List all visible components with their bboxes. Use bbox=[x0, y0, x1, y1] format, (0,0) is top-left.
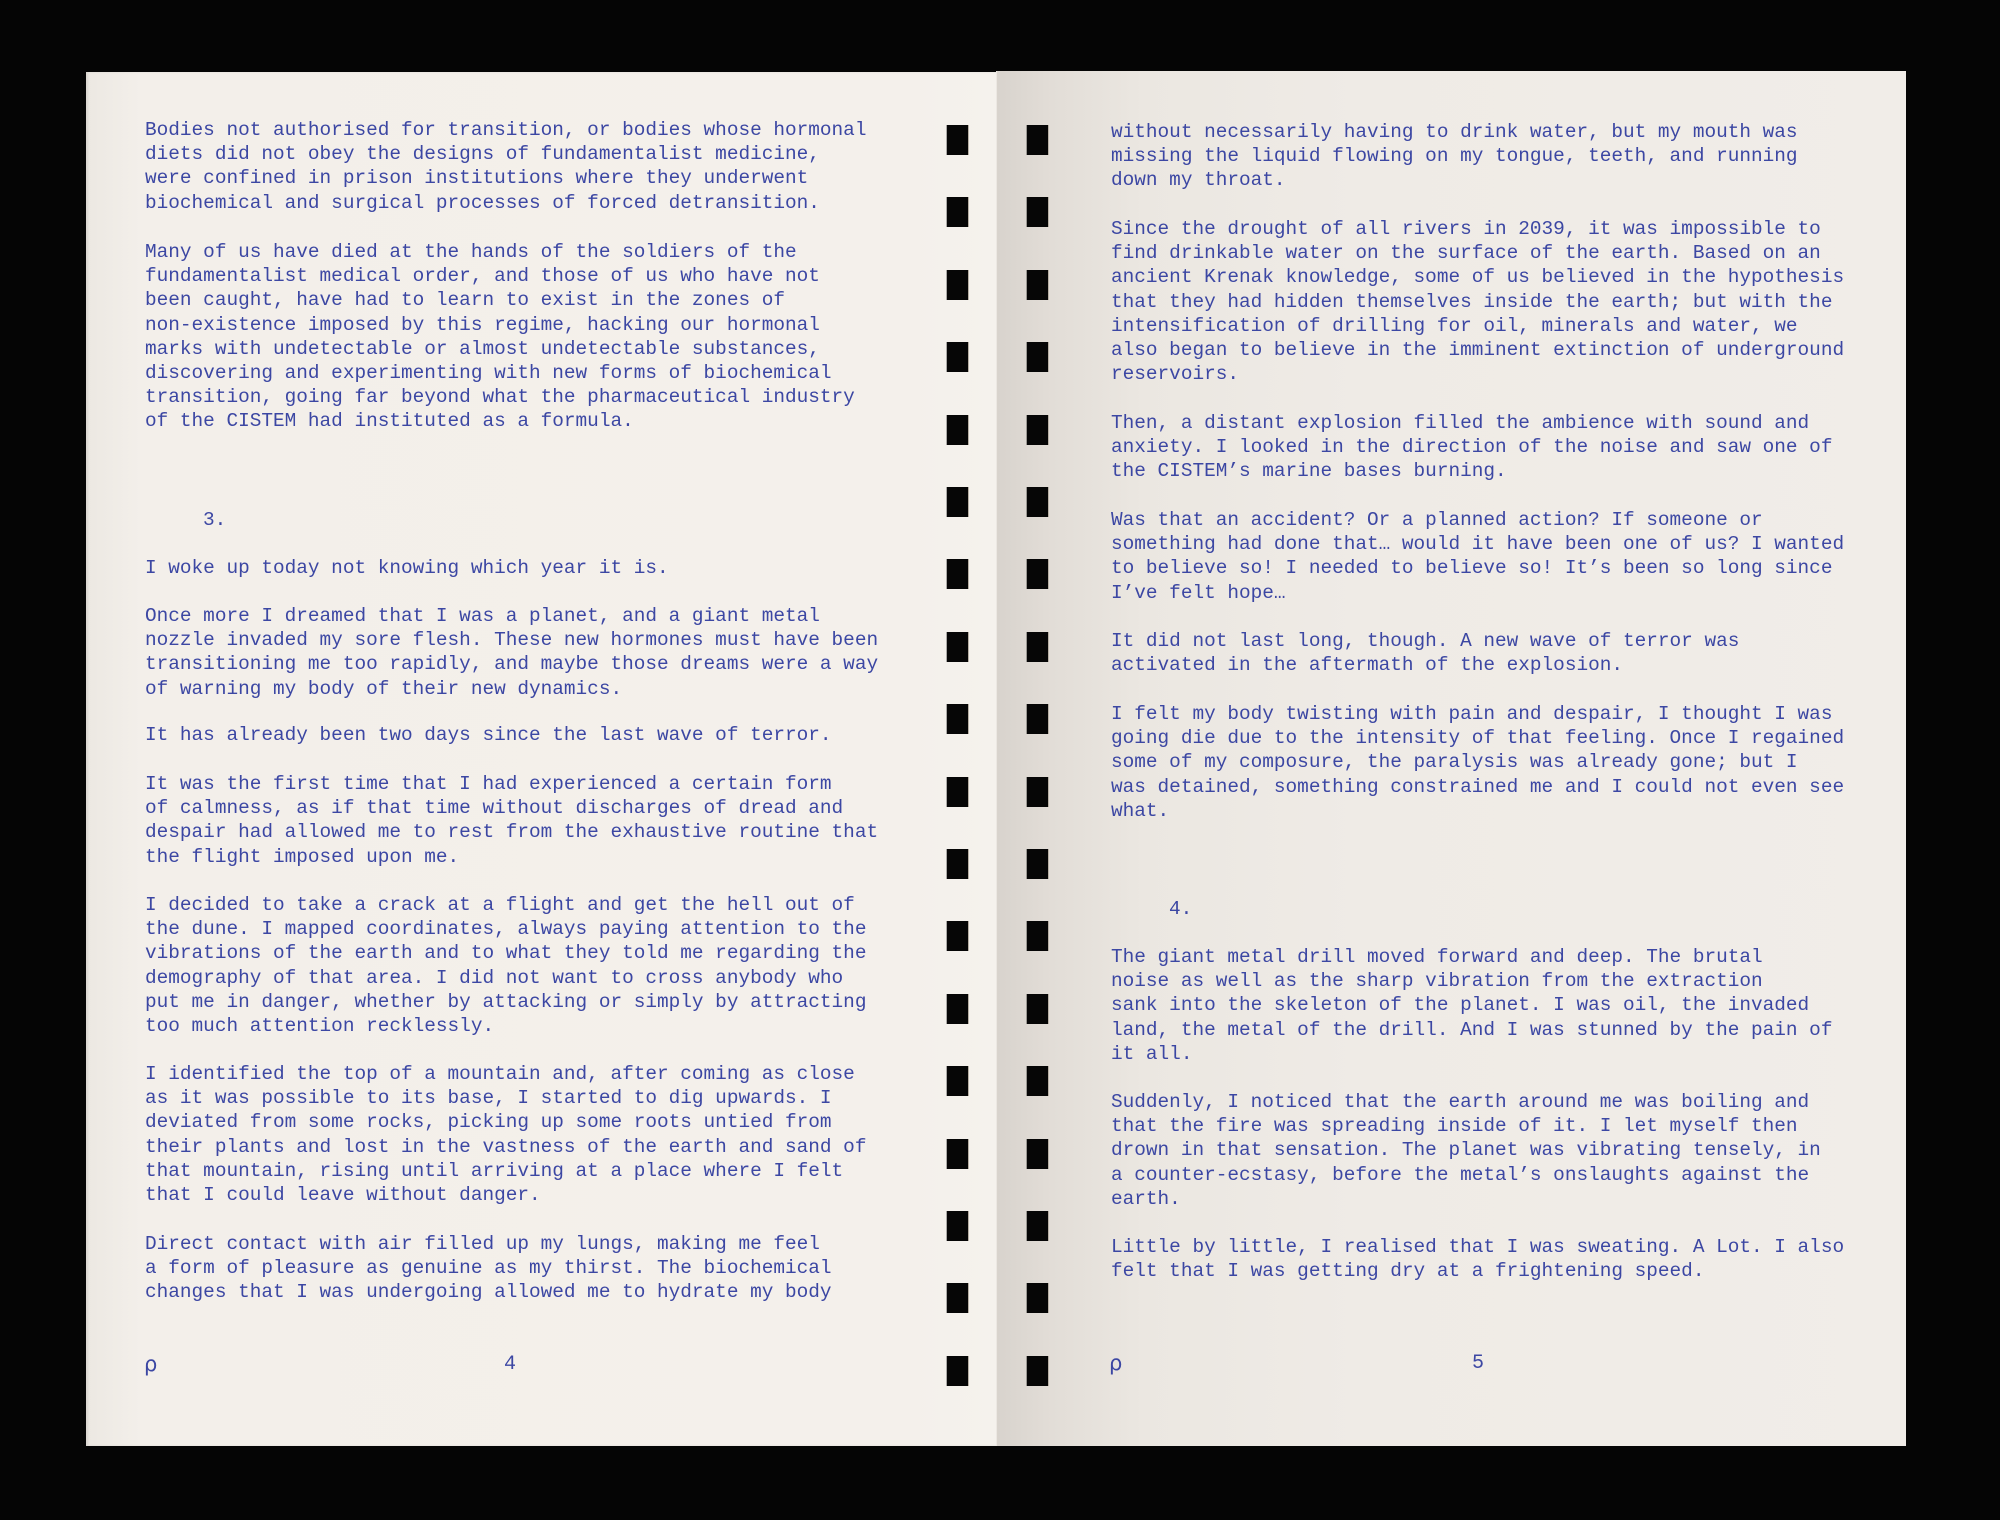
binding-hole bbox=[947, 342, 968, 372]
text-line: discovering and experimenting with new f… bbox=[145, 361, 855, 385]
paragraph: Once more I dreamed that I was a planet,… bbox=[145, 604, 878, 701]
text-line: I woke up today not knowing which year i… bbox=[145, 556, 669, 580]
section-number: 4. bbox=[1169, 897, 1192, 921]
text-line: the flight imposed upon me. bbox=[145, 845, 878, 869]
binding-hole bbox=[1027, 487, 1048, 517]
text-line: reservoirs. bbox=[1111, 362, 1844, 386]
text-line: down my throat. bbox=[1111, 168, 1798, 192]
binding-hole bbox=[947, 1356, 968, 1386]
paragraph: Bodies not authorised for transition, or… bbox=[145, 118, 866, 215]
text-line: land, the metal of the drill. And I was … bbox=[1111, 1018, 1832, 1042]
page-number: 4 bbox=[504, 1353, 516, 1377]
binding-hole bbox=[1027, 921, 1048, 951]
text-line: The giant metal drill moved forward and … bbox=[1111, 945, 1832, 969]
text-line: their plants and lost in the vastness of… bbox=[145, 1135, 866, 1159]
text-line: I felt my body twisting with pain and de… bbox=[1111, 702, 1844, 726]
binding-hole bbox=[947, 632, 968, 662]
text-line: was detained, something constrained me a… bbox=[1111, 775, 1844, 799]
text-line: diets did not obey the designs of fundam… bbox=[145, 142, 866, 166]
text-line: a form of pleasure as genuine as my thir… bbox=[145, 1256, 832, 1280]
text-line: Then, a distant explosion filled the amb… bbox=[1111, 411, 1832, 435]
binding-hole bbox=[1027, 1139, 1048, 1169]
text-line: fundamentalist medical order, and those … bbox=[145, 264, 855, 288]
paragraph: It did not last long, though. A new wave… bbox=[1111, 629, 1739, 677]
text-line: Direct contact with air filled up my lun… bbox=[145, 1232, 832, 1256]
booklet-spread: Bodies not authorised for transition, or… bbox=[0, 0, 2000, 1520]
text-line: It has already been two days since the l… bbox=[145, 723, 832, 747]
text-line: of the CISTEM had instituted as a formul… bbox=[145, 409, 855, 433]
text-line: as it was possible to its base, I starte… bbox=[145, 1086, 866, 1110]
text-line: sank into the skeleton of the planet. I … bbox=[1111, 993, 1832, 1017]
text-line: It was the first time that I had experie… bbox=[145, 772, 878, 796]
section-number: 3. bbox=[203, 508, 226, 532]
text-line: non-existence imposed by this regime, ha… bbox=[145, 313, 855, 337]
text-line: Bodies not authorised for transition, or… bbox=[145, 118, 866, 142]
text-line: anxiety. I looked in the direction of th… bbox=[1111, 435, 1832, 459]
text-line: been caught, have had to learn to exist … bbox=[145, 288, 855, 312]
footer-logo-mark: ρ bbox=[1109, 1351, 1122, 1375]
text-line: without necessarily having to drink wate… bbox=[1111, 120, 1798, 144]
binding-hole bbox=[1027, 994, 1048, 1024]
binding-hole bbox=[1027, 342, 1048, 372]
left-page: Bodies not authorised for transition, or… bbox=[86, 72, 997, 1446]
text-line: the CISTEM’s marine bases burning. bbox=[1111, 459, 1832, 483]
binding-hole bbox=[1027, 1211, 1048, 1241]
text-line: that the fire was spreading inside of it… bbox=[1111, 1114, 1821, 1138]
text-line: that I could leave without danger. bbox=[145, 1183, 866, 1207]
text-line: demography of that area. I did not want … bbox=[145, 966, 866, 990]
paragraph: Little by little, I realised that I was … bbox=[1111, 1235, 1844, 1283]
paragraph: The giant metal drill moved forward and … bbox=[1111, 945, 1832, 1066]
binding-hole bbox=[947, 994, 968, 1024]
binding-hole bbox=[947, 559, 968, 589]
text-line: nozzle invaded my sore flesh. These new … bbox=[145, 628, 878, 652]
text-line: it all. bbox=[1111, 1042, 1832, 1066]
paragraph: Since the drought of all rivers in 2039,… bbox=[1111, 217, 1844, 386]
paragraph: Was that an accident? Or a planned actio… bbox=[1111, 508, 1844, 605]
text-line: some of my composure, the paralysis was … bbox=[1111, 750, 1844, 774]
text-line: marks with undetectable or almost undete… bbox=[145, 337, 855, 361]
text-line: I identified the top of a mountain and, … bbox=[145, 1062, 866, 1086]
text-line: going die due to the intensity of that f… bbox=[1111, 726, 1844, 750]
text-line: despair had allowed me to rest from the … bbox=[145, 820, 878, 844]
binding-hole bbox=[1027, 704, 1048, 734]
text-line: deviated from some rocks, picking up som… bbox=[145, 1110, 866, 1134]
binding-hole bbox=[1027, 197, 1048, 227]
binding-hole bbox=[1027, 270, 1048, 300]
text-line: biochemical and surgical processes of fo… bbox=[145, 191, 866, 215]
text-line: of calmness, as if that time without dis… bbox=[145, 796, 878, 820]
text-line: intensification of drilling for oil, min… bbox=[1111, 314, 1844, 338]
binding-hole bbox=[947, 1066, 968, 1096]
paragraph: I decided to take a crack at a flight an… bbox=[145, 893, 866, 1038]
text-line: something had done that… would it have b… bbox=[1111, 532, 1844, 556]
binding-hole bbox=[947, 487, 968, 517]
paragraph: Suddenly, I noticed that the earth aroun… bbox=[1111, 1090, 1821, 1211]
binding-hole bbox=[947, 270, 968, 300]
text-line: Was that an accident? Or a planned actio… bbox=[1111, 508, 1844, 532]
text-line: transition, going far beyond what the ph… bbox=[145, 385, 855, 409]
text-line: the dune. I mapped coordinates, always p… bbox=[145, 917, 866, 941]
text-line: ancient Krenak knowledge, some of us bel… bbox=[1111, 265, 1844, 289]
paragraph: It was the first time that I had experie… bbox=[145, 772, 878, 869]
binding-hole bbox=[1027, 415, 1048, 445]
paragraph: I felt my body twisting with pain and de… bbox=[1111, 702, 1844, 823]
binding-hole bbox=[947, 849, 968, 879]
binding-hole bbox=[947, 1139, 968, 1169]
text-line: I’ve felt hope… bbox=[1111, 581, 1844, 605]
binding-hole bbox=[947, 125, 968, 155]
page-gutter bbox=[996, 71, 998, 1446]
text-line: what. bbox=[1111, 799, 1844, 823]
text-line: Little by little, I realised that I was … bbox=[1111, 1235, 1844, 1259]
binding-hole bbox=[1027, 849, 1048, 879]
binding-hole bbox=[1027, 777, 1048, 807]
text-line: Many of us have died at the hands of the… bbox=[145, 240, 855, 264]
text-line: vibrations of the earth and to what they… bbox=[145, 941, 866, 965]
page-number: 5 bbox=[1472, 1352, 1484, 1376]
text-line: felt that I was getting dry at a frighte… bbox=[1111, 1259, 1844, 1283]
text-line: that they had hidden themselves inside t… bbox=[1111, 290, 1844, 314]
text-line: were confined in prison institutions whe… bbox=[145, 166, 866, 190]
binding-hole bbox=[947, 197, 968, 227]
binding-hole bbox=[947, 415, 968, 445]
binding-hole bbox=[1027, 559, 1048, 589]
text-line: Suddenly, I noticed that the earth aroun… bbox=[1111, 1090, 1821, 1114]
text-line: of warning my body of their new dynamics… bbox=[145, 677, 878, 701]
text-line: find drinkable water on the surface of t… bbox=[1111, 241, 1844, 265]
right-page-body: without necessarily having to drink wate… bbox=[1111, 71, 1891, 361]
text-line: put me in danger, whether by attacking o… bbox=[145, 990, 866, 1014]
binding-hole bbox=[1027, 1283, 1048, 1313]
text-line: to believe so! I needed to believe so! I… bbox=[1111, 556, 1844, 580]
text-line: drown in that sensation. The planet was … bbox=[1111, 1138, 1821, 1162]
text-line: activated in the aftermath of the explos… bbox=[1111, 653, 1739, 677]
binding-hole bbox=[947, 1211, 968, 1241]
binding-hole bbox=[947, 1283, 968, 1313]
binding-hole bbox=[1027, 1356, 1048, 1386]
text-line: I decided to take a crack at a flight an… bbox=[145, 893, 866, 917]
text-line: a counter-ecstasy, before the metal’s on… bbox=[1111, 1163, 1821, 1187]
binding-hole bbox=[1027, 125, 1048, 155]
binding-hole bbox=[1027, 632, 1048, 662]
text-line: Since the drought of all rivers in 2039,… bbox=[1111, 217, 1844, 241]
text-line: missing the liquid flowing on my tongue,… bbox=[1111, 144, 1798, 168]
paragraph: Then, a distant explosion filled the amb… bbox=[1111, 411, 1832, 484]
text-line: transitioning me too rapidly, and maybe … bbox=[145, 652, 878, 676]
text-line: too much attention recklessly. bbox=[145, 1014, 866, 1038]
binding-hole bbox=[1027, 1066, 1048, 1096]
paragraph: I woke up today not knowing which year i… bbox=[145, 556, 669, 580]
footer-logo-mark: ρ bbox=[144, 1352, 157, 1376]
left-page-body: Bodies not authorised for transition, or… bbox=[145, 72, 985, 362]
text-line: earth. bbox=[1111, 1187, 1821, 1211]
binding-hole bbox=[947, 921, 968, 951]
paragraph: I identified the top of a mountain and, … bbox=[145, 1062, 866, 1207]
paragraph: It has already been two days since the l… bbox=[145, 723, 832, 747]
text-line: It did not last long, though. A new wave… bbox=[1111, 629, 1739, 653]
text-line: Once more I dreamed that I was a planet,… bbox=[145, 604, 878, 628]
binding-hole bbox=[947, 704, 968, 734]
paragraph: Many of us have died at the hands of the… bbox=[145, 240, 855, 434]
text-line: also began to believe in the imminent ex… bbox=[1111, 338, 1844, 362]
text-line: that mountain, rising until arriving at … bbox=[145, 1159, 866, 1183]
paragraph: Direct contact with air filled up my lun… bbox=[145, 1232, 832, 1305]
right-page: without necessarily having to drink wate… bbox=[997, 71, 1906, 1446]
binding-hole bbox=[947, 777, 968, 807]
paragraph: without necessarily having to drink wate… bbox=[1111, 120, 1798, 193]
text-line: changes that I was undergoing allowed me… bbox=[145, 1280, 832, 1304]
text-line: noise as well as the sharp vibration fro… bbox=[1111, 969, 1832, 993]
